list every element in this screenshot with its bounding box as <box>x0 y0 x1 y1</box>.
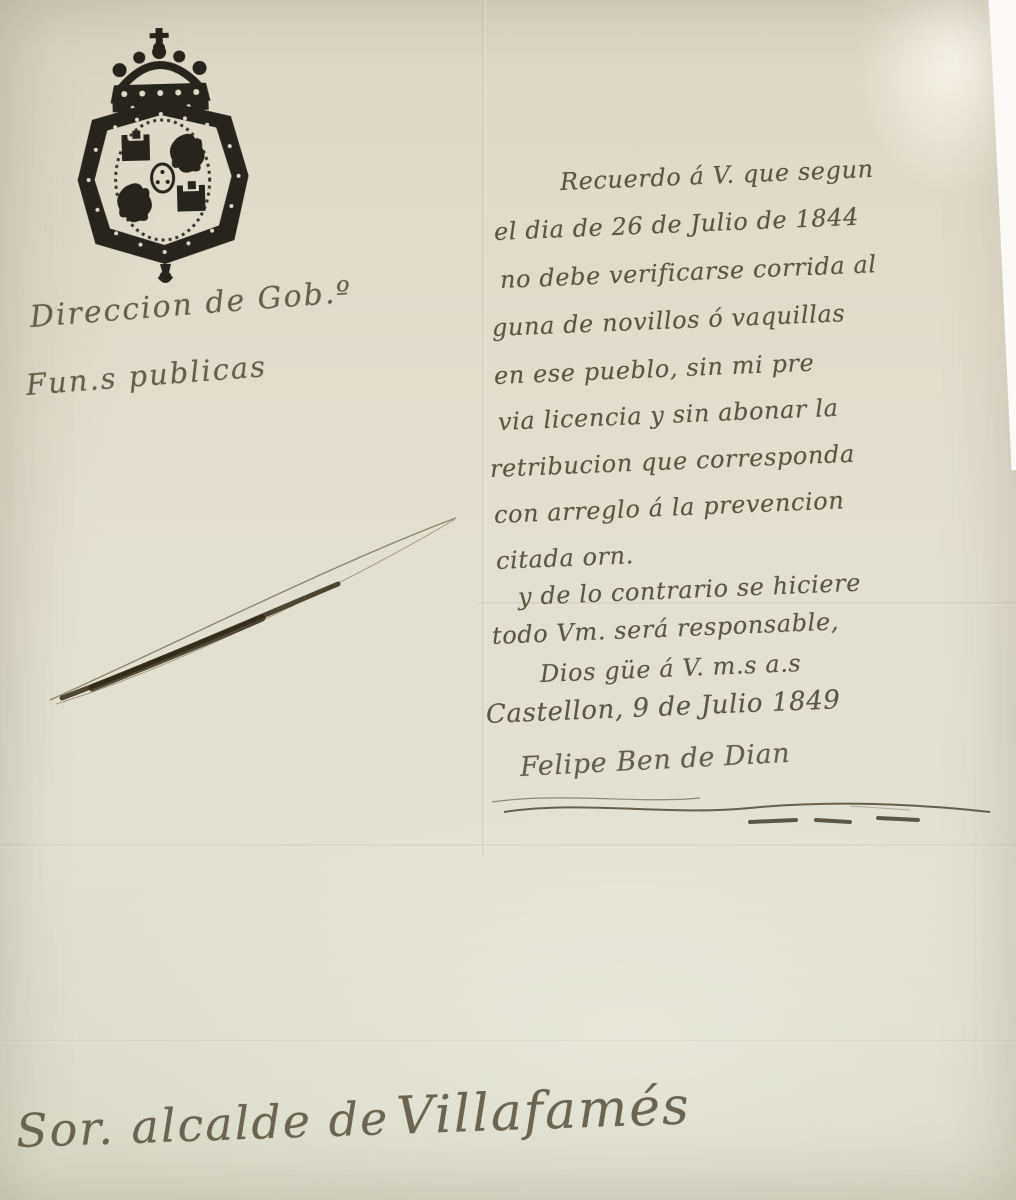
handwritten-line: citada orn. <box>495 541 634 575</box>
handwritten-line: en ese pueblo, sin mi pre <box>493 349 814 390</box>
coat-of-arms-stamp-icon <box>56 23 268 289</box>
margin-note-line: Fun.s publicas <box>25 349 269 402</box>
handwritten-line: Dios güe á V. m.s a.s <box>539 649 801 688</box>
handwritten-line: via licencia y sin abonar la <box>497 394 839 436</box>
handwritten-line: retribucion que corresponda <box>489 440 855 483</box>
signature: Felipe Ben de Dian <box>519 738 791 783</box>
addressee-title: Sor. alcalde de <box>15 1091 390 1158</box>
pen-stroke-flourish <box>22 498 472 713</box>
addressee-town: Villafamés <box>395 1076 691 1146</box>
handwritten-line: Recuerdo á V. que segun <box>559 155 874 196</box>
center-escutcheon <box>151 164 174 193</box>
handwritten-line: con arreglo á la prevencion <box>493 486 844 529</box>
handwritten-line: guna de novillos ó vaquillas <box>491 299 845 342</box>
handwritten-line: todo Vm. será responsable, <box>491 607 839 650</box>
vertical-fold-crease <box>482 0 486 856</box>
crown-icon <box>108 27 210 113</box>
golden-fleece-pendant-icon <box>158 264 173 283</box>
handwritten-line: el dia de 26 de Julio de 1844 <box>493 203 859 246</box>
signature-rubric-flourish <box>490 782 1010 842</box>
date-line: Castellon, 9 de Julio 1849 <box>485 685 841 730</box>
addressee-line: Sor. alcalde de Villafamés <box>15 1076 692 1160</box>
scan-background-edge <box>984 0 1016 470</box>
horizontal-fold-crease <box>0 844 1016 848</box>
handwritten-line: no debe verificarse corrida al <box>499 250 877 294</box>
letter-paper: Direccion de Gob.º Fun.s publicas Recuer… <box>0 0 1016 1200</box>
shield-icon <box>75 98 251 267</box>
horizontal-fold-crease <box>0 1040 1016 1043</box>
